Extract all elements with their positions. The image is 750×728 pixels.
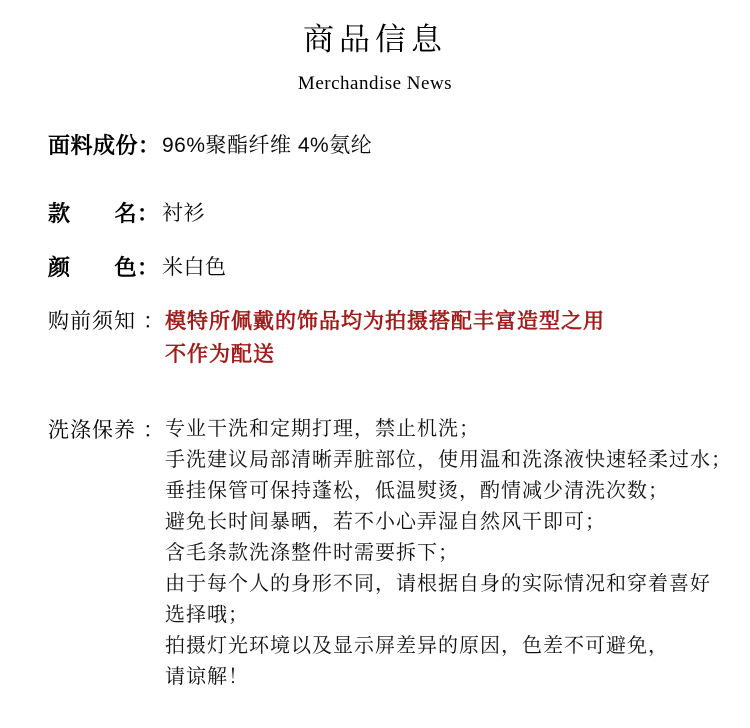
color-label-text: 颜色 bbox=[48, 251, 137, 284]
colon: ： bbox=[143, 419, 165, 442]
product-details: 面料成份： 96%聚酯纤维 4%氨纶 款名： 衬衫 颜色： 米白色 购前须知： … bbox=[0, 129, 750, 693]
colon: ： bbox=[143, 310, 165, 333]
color-value: 米白色 bbox=[162, 251, 227, 284]
field-color: 颜色： 米白色 bbox=[48, 251, 734, 284]
color-label: 颜色： bbox=[48, 251, 162, 284]
purchase-notice-line: 不作为配送 bbox=[165, 338, 605, 371]
style-name-value: 衬衫 bbox=[162, 197, 205, 230]
washing-care-line: 避免长时间暴晒，若不小心弄湿自然风干即可； bbox=[165, 507, 732, 538]
field-style-name: 款名： 衬衫 bbox=[48, 197, 734, 230]
fabric-composition-value: 96%聚酯纤维 4%氨纶 bbox=[162, 129, 372, 162]
washing-care-line: 选择哦； bbox=[165, 600, 732, 631]
washing-care-label-text: 洗涤保养 bbox=[48, 419, 136, 442]
washing-care-line: 垂挂保管可保持蓬松，低温熨烫，酌情减少清洗次数； bbox=[165, 476, 732, 507]
purchase-notice-label: 购前须知： bbox=[48, 305, 165, 338]
colon: ： bbox=[137, 201, 160, 226]
washing-care-line: 由于每个人的身形不同，请根据自身的实际情况和穿着喜好 bbox=[165, 569, 732, 600]
purchase-notice-text: 模特所佩戴的饰品均为拍摄搭配丰富造型之用 不作为配送 bbox=[165, 305, 605, 371]
field-washing-care: 洗涤保养： 专业干洗和定期打理，禁止机洗； 手洗建议局部清晰弄脏部位，使用温和洗… bbox=[48, 414, 734, 693]
washing-care-line: 拍摄灯光环境以及显示屏差异的原因，色差不可避免， bbox=[165, 631, 732, 662]
washing-care-line: 专业干洗和定期打理，禁止机洗； bbox=[165, 414, 732, 445]
washing-care-line: 手洗建议局部清晰弄脏部位，使用温和洗涤液快速轻柔过水； bbox=[165, 445, 732, 476]
field-fabric-composition: 面料成份： 96%聚酯纤维 4%氨纶 bbox=[48, 129, 734, 162]
field-purchase-notice: 购前须知： 模特所佩戴的饰品均为拍摄搭配丰富造型之用 不作为配送 bbox=[48, 305, 734, 371]
washing-care-text: 专业干洗和定期打理，禁止机洗； 手洗建议局部清晰弄脏部位，使用温和洗涤液快速轻柔… bbox=[165, 414, 732, 693]
colon: ： bbox=[138, 133, 161, 158]
purchase-notice-label-text: 购前须知 bbox=[48, 310, 136, 333]
style-name-label: 款名： bbox=[48, 197, 162, 230]
page-title: 商品信息 bbox=[0, 22, 750, 58]
page-subtitle: Merchandise News bbox=[0, 73, 750, 95]
product-info-page: 商品信息 Merchandise News 面料成份： 96%聚酯纤维 4%氨纶… bbox=[0, 0, 750, 728]
style-name-label-text: 款名 bbox=[48, 197, 137, 230]
fabric-composition-label-text: 面料成份 bbox=[48, 133, 138, 158]
washing-care-label: 洗涤保养： bbox=[48, 414, 165, 447]
washing-care-line: 请谅解！ bbox=[165, 662, 732, 693]
fabric-composition-label: 面料成份： bbox=[48, 129, 162, 162]
purchase-notice-line: 模特所佩戴的饰品均为拍摄搭配丰富造型之用 bbox=[165, 305, 605, 338]
colon: ： bbox=[137, 255, 160, 280]
header: 商品信息 Merchandise News bbox=[0, 0, 750, 95]
washing-care-line: 含毛条款洗涤整件时需要拆下； bbox=[165, 538, 732, 569]
